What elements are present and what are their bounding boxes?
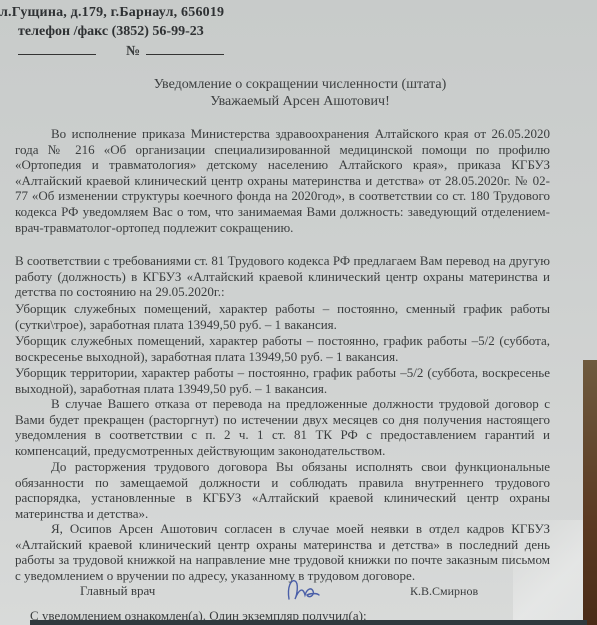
paragraph-refusal-consequences: В случае Вашего отказа от перевода на пр… [15, 396, 550, 458]
document-title: Уведомление о сокращении численности (шт… [0, 77, 597, 93]
vacancy-item: Уборщик служебных помещений, характер ра… [15, 333, 550, 364]
signatory-name: К.В.Смирнов [410, 583, 478, 599]
number-sign: № [126, 44, 140, 59]
table-edge [583, 360, 597, 625]
paragraph-duties: До расторжения трудового договора Вы обя… [15, 459, 550, 521]
salutation: Уважаемый Арсен Ашотович! [0, 94, 597, 110]
paragraph-grounds: Во исполнение приказа Министерства здрав… [15, 126, 550, 235]
vacancy-item: Уборщик служебных помещений, характер ра… [15, 301, 550, 332]
bottom-dark-strip [30, 620, 587, 625]
vacancy-item: Уборщик территории, характер работы – по… [15, 365, 550, 396]
letterhead-address: л.Гущина, д.179, г.Барнаул, 656019 [0, 5, 224, 21]
signatory-position: Главный врач [80, 583, 155, 599]
handwritten-signature-icon [283, 575, 323, 605]
paragraph-transfer-offer: В соответствии с требованиями ст. 81 Тру… [15, 253, 550, 300]
number-blank [146, 54, 224, 55]
letterhead-phone: телефон /факс (3852) 56-99-23 [18, 24, 204, 40]
registration-number-line: № [18, 44, 224, 60]
date-blank [18, 54, 96, 55]
